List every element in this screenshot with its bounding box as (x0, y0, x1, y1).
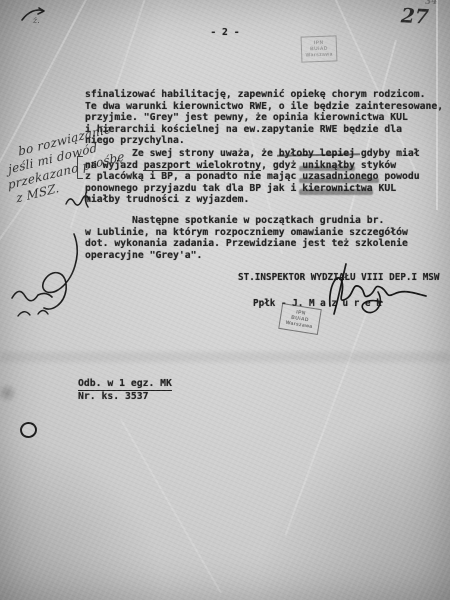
paragraph-3: Następne spotkanie w początkach grudnia … (85, 215, 408, 261)
footer-block: Odb. w 1 egz. MK Nr. ks. 3537 (78, 378, 172, 402)
typed-text-line: Ze swej strony uważa, że byłoby lepiej g… (85, 148, 420, 160)
paragraph-2: Ze swej strony uważa, że byłoby lepiej g… (85, 148, 420, 206)
typed-text-line: sfinalizować habilitację, zapewnić opiek… (85, 89, 443, 101)
typed-text-line: przyjmie. "Grey" jest pewny, że opinia k… (85, 112, 443, 124)
typed-text-line: na wyjazd paszport wielokrotny, gdyż uni… (85, 160, 420, 172)
fold-shadow (0, 352, 450, 362)
hole-punch-mark (19, 421, 38, 439)
typed-text-line: Następne spotkanie w początkach grudnia … (85, 215, 408, 227)
page-number: - 2 - (0, 27, 450, 39)
register-number: Nr. ks. 3537 (78, 391, 172, 403)
scanned-document-page: ż. - 2 - 34 27 IPN BUiAD Warszawa sfinal… (0, 0, 450, 600)
typed-text-line: w Lublinie, na którym rozpoczniemy omawi… (85, 227, 408, 239)
typed-text-line: miałby trudności z wyjazdem. (85, 194, 420, 206)
typed-text-line: z placówką i BP, a ponadto nie mając uza… (85, 171, 420, 183)
archive-stamp-bottom: IPN BUiAD Warszawa (278, 303, 322, 335)
handwritten-signature (316, 262, 440, 320)
hole-punch-smudge (0, 384, 18, 402)
paragraph-1: sfinalizować habilitację, zapewnić opiek… (85, 89, 443, 147)
corner-scribble-text: ż. (33, 16, 40, 25)
typed-text-line: ponownego przyjazdu tak dla BP jak i kie… (85, 183, 420, 195)
archive-stamp-top: IPN BUiAD Warszawa (301, 35, 338, 62)
typed-text-line: dot. wykonania zadania. Przewidziane jes… (85, 238, 408, 250)
typed-text-line: niego przychylna. (85, 135, 443, 147)
scratch-line (284, 300, 371, 535)
corner-page-number-handwritten: 27 (400, 3, 429, 28)
copies-note: Odb. w 1 egz. MK (78, 378, 172, 391)
typed-text-line: operacyjne "Grey'a". (85, 250, 408, 262)
scratch-line (120, 419, 221, 593)
typed-text-line: Te dwa warunki kierownictwo RWE, o ile b… (85, 101, 443, 113)
handwritten-flourish (8, 232, 98, 320)
typed-text-line: i hierarchii kościelnej na ew.zapytanie … (85, 124, 443, 136)
stamp-line: Warszawa (304, 51, 334, 58)
